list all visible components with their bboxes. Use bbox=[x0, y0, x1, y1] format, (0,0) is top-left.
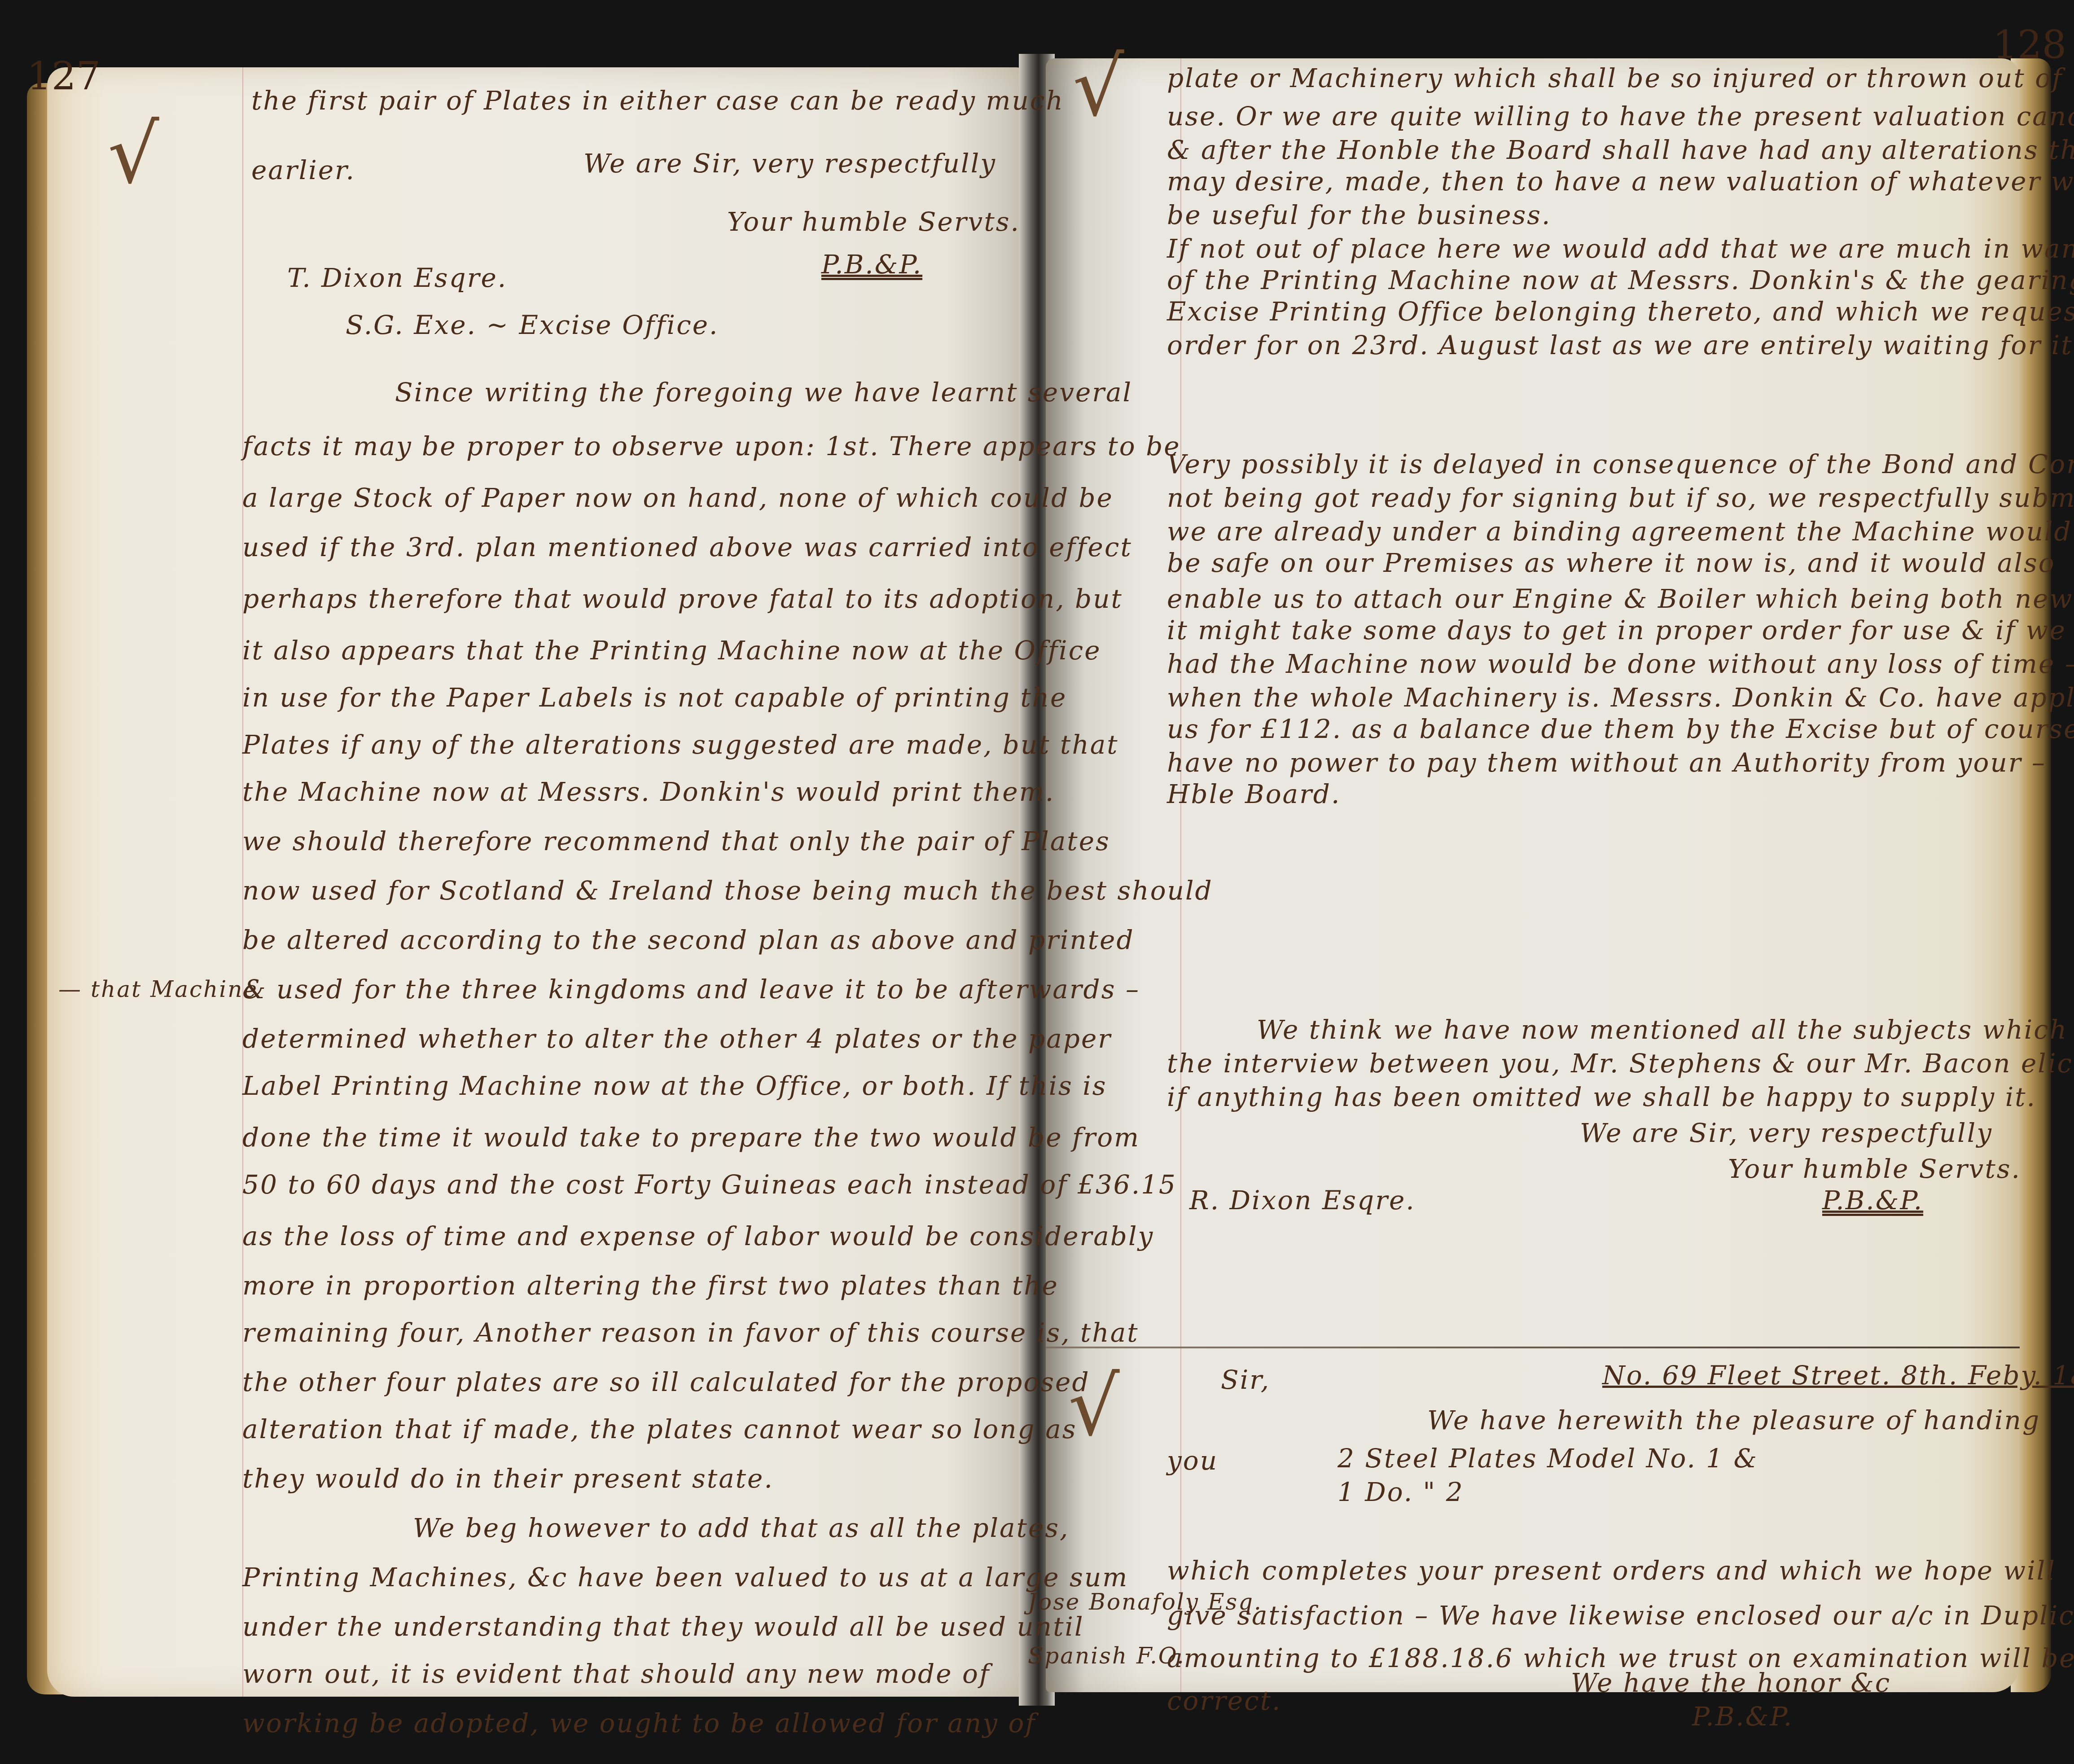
entry-divider-line bbox=[1046, 1347, 2020, 1348]
text-line: under the understanding that they would … bbox=[242, 1611, 1084, 1642]
signature: P.B.&P. bbox=[1822, 1185, 1923, 1215]
text-line: of the Printing Machine now at Messrs. D… bbox=[1167, 265, 2074, 295]
text-line: you bbox=[1167, 1445, 1218, 1476]
text-line: We beg however to add that as all the pl… bbox=[413, 1513, 1070, 1543]
text-line: Hble Board. bbox=[1167, 779, 1341, 809]
address-date: No. 69 Fleet Street. 8th. Feby. 1844. bbox=[1602, 1360, 2074, 1391]
text-line: have no power to pay them without an Aut… bbox=[1167, 747, 2046, 778]
closing-line: Your humble Servts. bbox=[1728, 1154, 2021, 1184]
signature: P.B.&P. bbox=[821, 249, 922, 280]
text-line: the other four plates are so ill calcula… bbox=[242, 1367, 1090, 1397]
text-line: use. Or we are quite willing to have the… bbox=[1167, 101, 2074, 132]
text-line: If not out of place here we would add th… bbox=[1167, 233, 2074, 264]
text-line: a large Stock of Paper now on hand, none… bbox=[242, 483, 1114, 513]
item-line: 1 Do. " 2 bbox=[1337, 1477, 1464, 1507]
text-line: in use for the Paper Labels is not capab… bbox=[242, 682, 1067, 713]
margin-note: Spanish F.O. bbox=[1028, 1643, 1185, 1669]
text-line: worn out, it is evident that should any … bbox=[242, 1659, 990, 1689]
page-number-right: 128 bbox=[1993, 22, 2066, 67]
text-line: & after the Honble the Board shall have … bbox=[1167, 135, 2074, 165]
text-line: used if the 3rd. plan mentioned above wa… bbox=[242, 532, 1132, 562]
text-line: Plates if any of the alterations suggest… bbox=[242, 729, 1119, 760]
text-line: enable us to attach our Engine & Boiler … bbox=[1167, 584, 2073, 614]
salutation: Sir, bbox=[1221, 1365, 1270, 1395]
text-line: facts it may be proper to observe upon: … bbox=[242, 431, 1181, 461]
text-line: Label Printing Machine now at the Office… bbox=[242, 1071, 1107, 1101]
text-line: We think we have now mentioned all the s… bbox=[1257, 1014, 2068, 1045]
text-line: remaining four, Another reason in favor … bbox=[242, 1317, 1139, 1348]
text-line: when the whole Machinery is. Messrs. Don… bbox=[1167, 682, 2074, 713]
text-line: determined whether to alter the other 4 … bbox=[242, 1023, 1112, 1054]
text-line: had the Machine now would be done withou… bbox=[1167, 649, 2074, 679]
text-line: it might take some days to get in proper… bbox=[1167, 615, 2066, 645]
page-number-left: 127 bbox=[27, 54, 101, 99]
text-line: may desire, made, then to have a new val… bbox=[1167, 166, 2074, 197]
text-line: it also appears that the Printing Machin… bbox=[242, 635, 1101, 666]
item-line: 2 Steel Plates Model No. 1 & bbox=[1337, 1443, 1758, 1474]
text-line: more in proportion altering the first tw… bbox=[242, 1270, 1059, 1301]
text-line: working be adopted, we ought to be allow… bbox=[242, 1708, 1036, 1738]
text-line: the interview between you, Mr. Stephens … bbox=[1167, 1048, 2074, 1079]
closing-line: We are Sir, very respectfully bbox=[583, 148, 996, 179]
ledger-book-spread: 127 √ the first pair of Plates in either… bbox=[0, 0, 2074, 1764]
text-line: Since writing the foregoing we have lear… bbox=[395, 377, 1132, 408]
text-line: be useful for the business. bbox=[1167, 200, 1552, 230]
text-line: the Machine now at Messrs. Donkin's woul… bbox=[242, 777, 1055, 807]
check-mark-icon: √ bbox=[108, 108, 161, 202]
text-line: done the time it would take to prepare t… bbox=[242, 1122, 1140, 1153]
closing-line: We have the honor &c bbox=[1571, 1667, 1891, 1698]
check-mark-icon: √ bbox=[1068, 1360, 1121, 1454]
text-line: give satisfaction – We have likewise enc… bbox=[1167, 1600, 2074, 1631]
addressee: R. Dixon Esqre. bbox=[1189, 1185, 1416, 1215]
text-line: which completes your present orders and … bbox=[1167, 1555, 2056, 1586]
text-line: order for on 23rd. August last as we are… bbox=[1167, 330, 2074, 360]
text-line: be altered according to the second plan … bbox=[242, 925, 1135, 955]
text-line: be safe on our Premises as where it now … bbox=[1167, 548, 2056, 578]
text-line: not being got ready for signing but if s… bbox=[1167, 483, 2074, 513]
text-line: Excise Printing Office belonging thereto… bbox=[1167, 296, 2074, 327]
text-line: us for £112. as a balance due them by th… bbox=[1167, 714, 2074, 744]
text-line: earlier. bbox=[251, 155, 355, 185]
margin-note: — that Machine bbox=[58, 976, 258, 1002]
text-line: Printing Machines, &c have been valued t… bbox=[242, 1562, 1128, 1593]
addressee-office: S.G. Exe. ~ Excise Office. bbox=[346, 310, 719, 340]
text-line: & used for the three kingdoms and leave … bbox=[242, 974, 1140, 1005]
text-line: they would do in their present state. bbox=[242, 1463, 774, 1494]
text-line: now used for Scotland & Ireland those be… bbox=[242, 875, 1213, 906]
text-line: plate or Machinery which shall be so inj… bbox=[1167, 63, 2063, 93]
signature: P.B.&P. bbox=[1692, 1701, 1793, 1732]
text-line: as the loss of time and expense of labor… bbox=[242, 1221, 1154, 1251]
text-line: We have herewith the pleasure of handing bbox=[1427, 1405, 2040, 1435]
text-line: we are already under a binding agreement… bbox=[1167, 516, 2072, 547]
text-line: alteration that if made, the plates cann… bbox=[242, 1414, 1077, 1444]
closing-line: Your humble Servts. bbox=[727, 206, 1020, 237]
text-line: if anything has been omitted we shall be… bbox=[1167, 1082, 2036, 1112]
text-line: we should therefore recommend that only … bbox=[242, 826, 1110, 856]
text-line: Very possibly it is delayed in consequen… bbox=[1167, 449, 2074, 479]
addressee: T. Dixon Esqre. bbox=[287, 263, 507, 293]
text-line: 50 to 60 days and the cost Forty Guineas… bbox=[242, 1169, 1177, 1200]
text-line: the first pair of Plates in either case … bbox=[251, 85, 1064, 116]
check-mark-icon: √ bbox=[1073, 40, 1126, 134]
closing-line: We are Sir, very respectfully bbox=[1580, 1118, 1993, 1148]
text-line: correct. bbox=[1167, 1685, 1281, 1716]
text-line: perhaps therefore that would prove fatal… bbox=[242, 584, 1123, 614]
